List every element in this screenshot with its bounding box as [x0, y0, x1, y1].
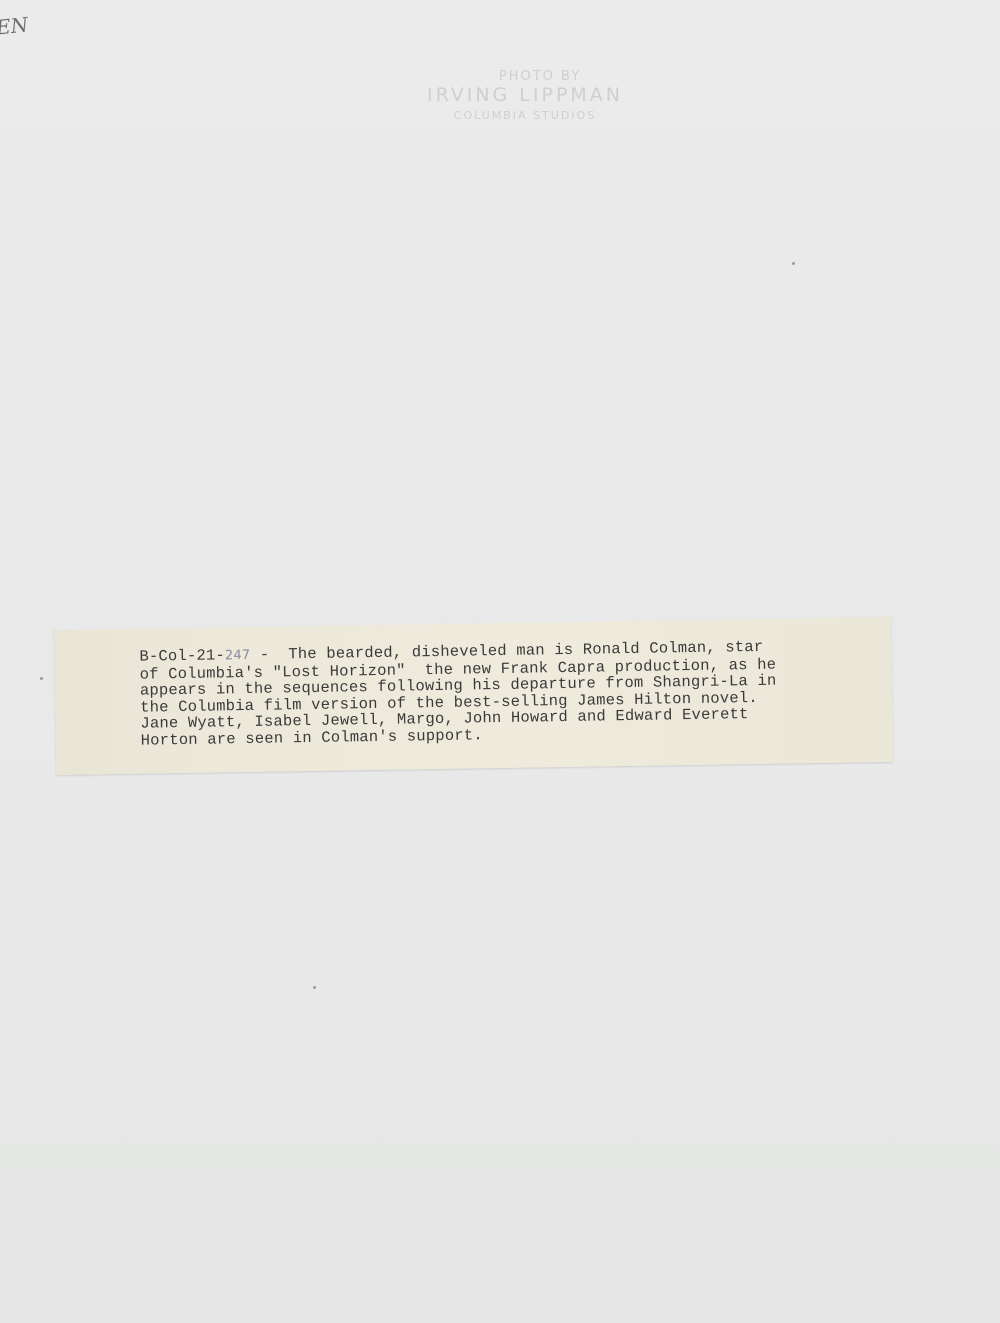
paper-speck: [792, 262, 795, 265]
caption-ref-prefix: B-Col-21-: [139, 646, 225, 665]
paper-speck: [40, 677, 43, 680]
stamp-line-photographer: IRVING LIPPMAN: [395, 86, 655, 105]
caption-text: B-Col-21-247 - The bearded, disheveled m…: [139, 639, 777, 749]
photo-credit-stamp: PHOTO BY IRVING LIPPMAN COLUMBIA STUDIOS: [395, 70, 655, 121]
typed-caption-strip: B-Col-21-247 - The bearded, disheveled m…: [54, 617, 893, 775]
stamp-line-photo-by: PHOTO BY: [425, 70, 655, 83]
caption-ref-handwritten-number: 247: [225, 648, 251, 663]
paper-speck: [313, 986, 316, 989]
handwritten-corner-mark: EN: [0, 12, 29, 39]
stamp-line-studio: COLUMBIA STUDIOS: [395, 110, 655, 121]
